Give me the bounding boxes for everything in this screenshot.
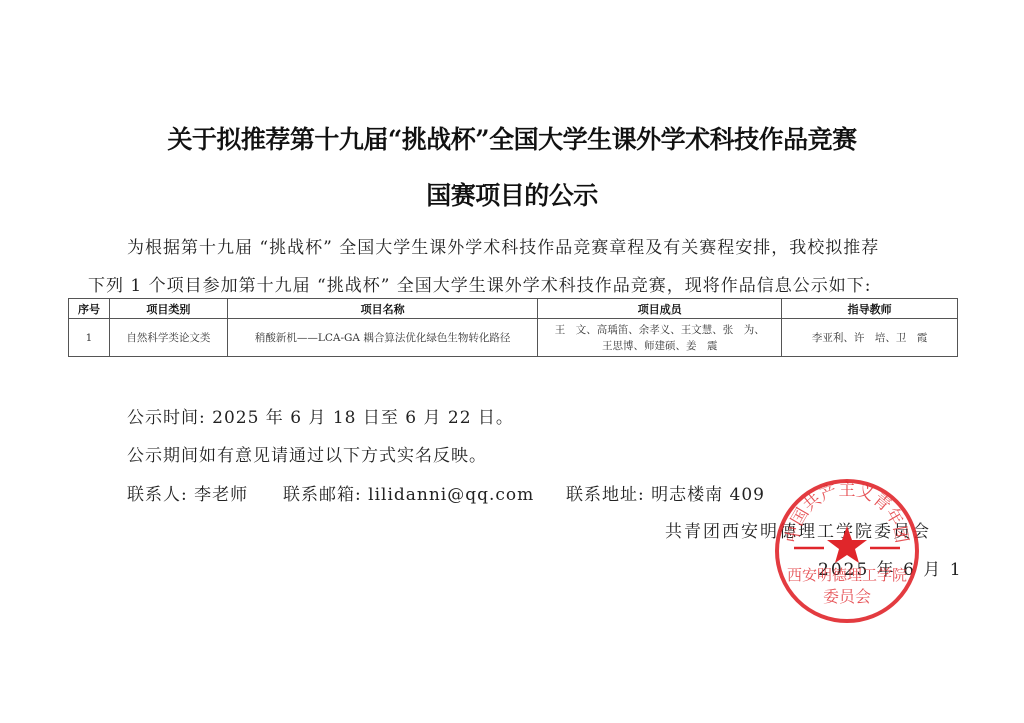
members-line1: 王 文、高瑀笛、余孝义、王文慧、张 为、 (542, 322, 777, 338)
contact-person: 联系人: 李老师 (127, 480, 248, 505)
document-title-line2: 国赛项目的公示 (0, 176, 1024, 212)
official-seal-icon: 中国共产主义青年团 西安明德理工学院 委员会 (772, 476, 922, 626)
svg-text:西安明德理工学院: 西安明德理工学院 (787, 566, 907, 584)
cell-category: 自然科学类论文类 (109, 319, 227, 357)
members-line2: 王思博、师建硕、姜 震 (542, 338, 777, 354)
contact-email: 联系邮箱: lilidanni@qq.com (283, 480, 534, 505)
cell-advisors: 李亚利、许 培、卫 霞 (782, 319, 958, 357)
notice-period: 公示时间: 2025 年 6 月 18 日至 6 月 22 日。 (127, 403, 514, 428)
header-members: 项目成员 (538, 299, 782, 319)
cell-index: 1 (69, 319, 110, 357)
project-table: 序号 项目类别 项目名称 项目成员 指导教师 1 自然科学类论文类 稍酸新机——… (68, 298, 958, 357)
header-advisors: 指导教师 (782, 299, 958, 319)
document-title-line1: 关于拟推荐第十九届“挑战杯”全国大学生课外学术科技作品竞赛 (0, 120, 1024, 156)
header-project-name: 项目名称 (227, 299, 538, 319)
svg-text:委员会: 委员会 (823, 587, 871, 606)
header-category: 项目类别 (109, 299, 227, 319)
table-header-row: 序号 项目类别 项目名称 项目成员 指导教师 (69, 299, 958, 319)
table-row: 1 自然科学类论文类 稍酸新机——LCA-GA 耦合算法优化绿色生物转化路径 王… (69, 319, 958, 357)
header-index: 序号 (69, 299, 110, 319)
cell-members: 王 文、高瑀笛、余孝义、王文慧、张 为、 王思博、师建硕、姜 震 (538, 319, 782, 357)
intro-paragraph-line2: 下列 1 个项目参加第十九届 “挑战杯” 全国大学生课外学术科技作品竞赛，现将作… (88, 271, 872, 296)
notice-feedback: 公示期间如有意见请通过以下方式实名反映。 (127, 441, 487, 466)
contact-address: 联系地址: 明志楼南 409 (566, 480, 765, 505)
intro-paragraph-line1: 为根据第十九届 “挑战杯” 全国大学生课外学术科技作品竞赛章程及有关赛程安排，我… (127, 233, 879, 258)
cell-project-name: 稍酸新机——LCA-GA 耦合算法优化绿色生物转化路径 (227, 319, 538, 357)
